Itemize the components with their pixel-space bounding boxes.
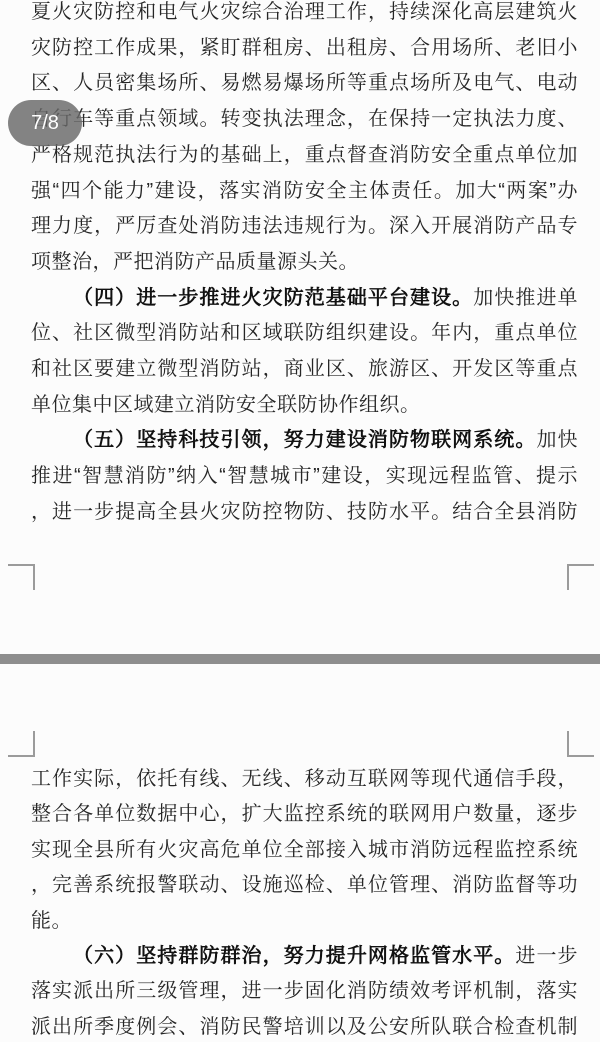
text-line: 灾防控工作成果，紧盯群租房、出租房、合用场所、老旧小 [31, 31, 578, 67]
line-text: 加快推进单 [473, 287, 578, 309]
line-text: 夏火灾防控和电气火灾综合治理工作，持续深化高层建筑火 [31, 1, 578, 23]
text-line: 派出所季度例会、消防民警培训以及公安所队联合检查机制 [31, 1010, 578, 1042]
line-text: 和社区要建立微型消防站，商业区、旅游区、开发区等重点 [31, 358, 578, 380]
text-line: 夏火灾防控和电气火灾综合治理工作，持续深化高层建筑火 [31, 0, 578, 31]
text-line: 单位集中区域建立消防安全联防协作组织。 [31, 388, 578, 424]
page-separator [0, 654, 600, 664]
line-text: 位、社区微型消防站和区域联防组织建设。年内，重点单位 [31, 322, 578, 344]
line-text: 灾防控工作成果，紧盯群租房、出租房、合用场所、老旧小 [31, 37, 578, 59]
section-heading: （六）坚持群防群治，努力提升网格监管水平。 [73, 945, 515, 967]
text-line: 整合各单位数据中心，扩大监控系统的联网用户数量，逐步 [31, 797, 578, 832]
line-text: 理力度，严厉查处消防违法违规行为。深入开展消防产品专 [31, 215, 578, 237]
page-indicator-badge: 7/8 [8, 100, 82, 146]
text-line: 能。 [31, 904, 578, 939]
text-line: 实现全县所有火灾高危单位全部接入城市消防远程监控系统 [31, 833, 578, 868]
text-line: 位、社区微型消防站和区域联防组织建设。年内，重点单位 [31, 316, 578, 352]
document-viewer: 夏火灾防控和电气火灾综合治理工作，持续深化高层建筑火 灾防控工作成果，紧盯群租房… [0, 0, 600, 1042]
text-line: （四）进一步推进火灾防范基础平台建设。加快推进单 [31, 281, 578, 317]
crop-mark-page8-right [567, 731, 594, 757]
line-text: 区、人员密集场所、易燃易爆场所等重点场所及电气、电动 [31, 72, 578, 94]
text-line: 强“四个能力”建设，落实消防安全主体责任。加大“两案”办 [31, 174, 578, 210]
page-7-text-block: 夏火灾防控和电气火灾综合治理工作，持续深化高层建筑火 灾防控工作成果，紧盯群租房… [31, 0, 578, 531]
line-text: 实现全县所有火灾高危单位全部接入城市消防远程监控系统 [31, 839, 578, 861]
text-line: ，进一步提高全县火灾防控物防、技防水平。结合全县消防 [31, 495, 578, 531]
page-8-text-block: 工作实际，依托有线、无线、移动互联网等现代通信手段， 整合各单位数据中心，扩大监… [31, 762, 578, 1042]
text-line: 工作实际，依托有线、无线、移动互联网等现代通信手段， [31, 762, 578, 797]
line-text: ，进一步提高全县火灾防控物防、技防水平。结合全县消防 [31, 501, 578, 523]
line-text: 落实派出所三级管理，进一步固化消防绩效考评机制，落实 [31, 980, 578, 1002]
line-text: 派出所季度例会、消防民警培训以及公安所队联合检查机制 [31, 1016, 578, 1038]
text-line: 落实派出所三级管理，进一步固化消防绩效考评机制，落实 [31, 974, 578, 1009]
line-text: 项整治，严把消防产品质量源头关。 [31, 251, 359, 273]
line-text: 严格规范执法行为的基础上，重点督查消防安全重点单位加 [31, 144, 578, 166]
text-line: （五）坚持科技引领，努力建设消防物联网系统。加快 [31, 423, 578, 459]
line-text: 自行车等重点领域。转变执法理念，在保持一定执法力度、 [31, 108, 578, 130]
line-text: 单位集中区域建立消防安全联防协作组织。 [31, 394, 421, 416]
line-text: 加快 [536, 429, 578, 451]
crop-mark-page7-right [567, 564, 594, 590]
text-line: 严格规范执法行为的基础上，重点督查消防安全重点单位加 [31, 138, 578, 174]
section-heading: （四）进一步推进火灾防范基础平台建设。 [73, 287, 473, 309]
text-line: ，完善系统报警联动、设施巡检、单位管理、消防监督等功 [31, 868, 578, 903]
text-line: 和社区要建立微型消防站，商业区、旅游区、开发区等重点 [31, 352, 578, 388]
line-text: 工作实际，依托有线、无线、移动互联网等现代通信手段， [31, 768, 578, 790]
section-heading: （五）坚持科技引领，努力建设消防物联网系统。 [73, 429, 536, 451]
line-text: 进一步 [515, 945, 578, 967]
crop-mark-page8-left [8, 731, 35, 757]
line-text: ，完善系统报警联动、设施巡检、单位管理、消防监督等功 [31, 874, 578, 896]
text-line: （六）坚持群防群治，努力提升网格监管水平。进一步 [31, 939, 578, 974]
page-indicator-label: 7/8 [31, 112, 59, 135]
line-text: 强“四个能力”建设，落实消防安全主体责任。加大“两案”办 [31, 180, 578, 202]
text-line: 推进“智慧消防”纳入“智慧城市”建设，实现远程监管、提示 [31, 459, 578, 495]
text-line: 项整治，严把消防产品质量源头关。 [31, 245, 578, 281]
text-line: 自行车等重点领域。转变执法理念，在保持一定执法力度、 [31, 102, 578, 138]
text-line: 区、人员密集场所、易燃易爆场所等重点场所及电气、电动 [31, 66, 578, 102]
line-text: 能。 [31, 910, 72, 932]
line-text: 推进“智慧消防”纳入“智慧城市”建设，实现远程监管、提示 [31, 465, 578, 487]
crop-mark-page7-left [8, 564, 35, 590]
text-line: 理力度，严厉查处消防违法违规行为。深入开展消防产品专 [31, 209, 578, 245]
line-text: 整合各单位数据中心，扩大监控系统的联网用户数量，逐步 [31, 803, 578, 825]
